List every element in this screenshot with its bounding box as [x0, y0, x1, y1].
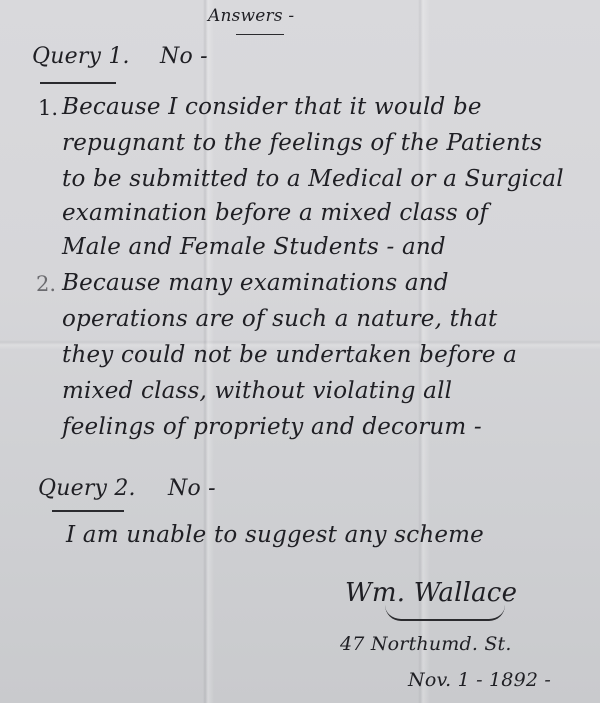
item-2-line-4: mixed class, without violating all: [62, 378, 452, 404]
query-2-heading: Query 2.: [38, 476, 136, 501]
signature: Wm. Wallace: [345, 578, 517, 608]
query-1-heading: Query 1.: [32, 44, 130, 69]
signature-address: 47 Northumd. St.: [340, 633, 512, 655]
letter-page: Answers - Query 1. No - 1. Because I con…: [0, 0, 600, 703]
item-1-line-2: repugnant to the feelings of the Patient…: [62, 130, 542, 156]
item-1-line-4: examination before a mixed class of: [62, 200, 488, 226]
item-1-line-1: Because I consider that it would be: [62, 94, 482, 120]
query-2-answer: No -: [168, 476, 216, 501]
item-1-line-5: Male and Female Students - and: [62, 234, 446, 260]
document-title: Answers -: [208, 6, 294, 26]
signature-flourish: [385, 605, 505, 621]
query-1-answer: No -: [160, 44, 208, 69]
item-1-line-3: to be submitted to a Medical or a Surgic…: [62, 166, 564, 192]
item-1-number: 1.: [38, 96, 58, 120]
item-2-line-5: feelings of propriety and decorum -: [62, 414, 482, 440]
query-2-underline: [52, 510, 124, 512]
item-2-line-3: they could not be undertaken before a: [62, 342, 517, 368]
query-2-line-1: I am unable to suggest any scheme: [66, 522, 484, 548]
item-2-line-1: Because many examinations and: [62, 270, 449, 296]
query-1-underline: [40, 82, 116, 84]
item-2-number: 2.: [36, 272, 56, 296]
item-2-line-2: operations are of such a nature, that: [62, 306, 497, 332]
signature-date: Nov. 1 - 1892 -: [408, 669, 551, 691]
title-underline: [236, 34, 284, 35]
